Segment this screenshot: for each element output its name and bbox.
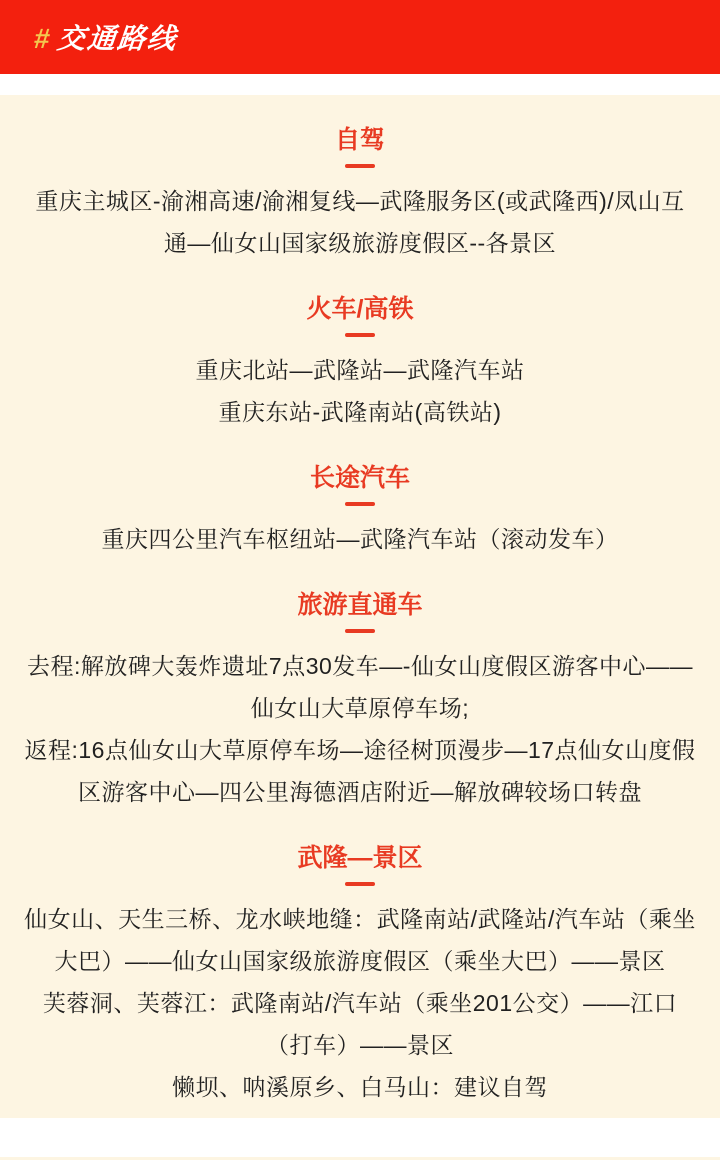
- section-title: 自驾: [24, 125, 696, 155]
- section-body: 仙女山、天生三桥、龙水峡地缝：武隆南站/武隆站/汽车站（乘坐大巴）——仙女山国家…: [24, 898, 696, 1108]
- title-underline: [345, 629, 375, 633]
- page-title: #交通路线: [32, 17, 180, 57]
- content-area: 自驾重庆主城区-渝湘高速/渝湘复线—武隆服务区(或武隆西)/凤山互通—仙女山国家…: [0, 95, 720, 1118]
- section: 武隆—景区仙女山、天生三桥、龙水峡地缝：武隆南站/武隆站/汽车站（乘坐大巴）——…: [24, 843, 696, 1108]
- title-underline: [345, 333, 375, 337]
- bottom-white-gap: [0, 1118, 720, 1157]
- section-body: 重庆主城区-渝湘高速/渝湘复线—武隆服务区(或武隆西)/凤山互通—仙女山国家级旅…: [24, 180, 696, 264]
- title-underline: [345, 882, 375, 886]
- title-underline: [345, 164, 375, 168]
- route-paragraph: 重庆四公里汽车枢纽站—武隆汽车站（滚动发车）: [24, 518, 696, 560]
- section-body: 重庆四公里汽车枢纽站—武隆汽车站（滚动发车）: [24, 518, 696, 560]
- section-title: 长途汽车: [24, 463, 696, 493]
- route-paragraph: 懒坝、呐溪原乡、白马山：建议自驾: [24, 1066, 696, 1108]
- route-paragraph: 重庆北站—武隆站—武隆汽车站: [24, 349, 696, 391]
- section-body: 去程:解放碑大轰炸遗址7点30发车—-仙女山度假区游客中心——仙女山大草原停车场…: [24, 645, 696, 813]
- page-title-text: 交通路线: [56, 23, 179, 54]
- route-paragraph: 芙蓉洞、芙蓉江：武隆南站/汽车站（乘坐201公交）——江口（打车）——景区: [24, 982, 696, 1066]
- hash-symbol: #: [32, 23, 53, 54]
- section-body: 重庆北站—武隆站—武隆汽车站重庆东站-武隆南站(高铁站): [24, 349, 696, 433]
- section: 旅游直通车去程:解放碑大轰炸遗址7点30发车—-仙女山度假区游客中心——仙女山大…: [24, 590, 696, 813]
- route-paragraph: 重庆东站-武隆南站(高铁站): [24, 391, 696, 433]
- header-content-gap: [0, 74, 720, 95]
- title-underline: [345, 502, 375, 506]
- header-bar: #交通路线: [0, 0, 720, 74]
- section-title: 旅游直通车: [24, 590, 696, 620]
- section-title: 武隆—景区: [24, 843, 696, 873]
- section-title: 火车/高铁: [24, 294, 696, 324]
- route-paragraph: 重庆主城区-渝湘高速/渝湘复线—武隆服务区(或武隆西)/凤山互通—仙女山国家级旅…: [24, 180, 696, 264]
- route-paragraph: 返程:16点仙女山大草原停车场—途径树顶漫步—17点仙女山度假区游客中心—四公里…: [24, 729, 696, 813]
- section: 长途汽车重庆四公里汽车枢纽站—武隆汽车站（滚动发车）: [24, 463, 696, 560]
- section: 火车/高铁重庆北站—武隆站—武隆汽车站重庆东站-武隆南站(高铁站): [24, 294, 696, 433]
- section: 自驾重庆主城区-渝湘高速/渝湘复线—武隆服务区(或武隆西)/凤山互通—仙女山国家…: [24, 125, 696, 264]
- route-paragraph: 仙女山、天生三桥、龙水峡地缝：武隆南站/武隆站/汽车站（乘坐大巴）——仙女山国家…: [24, 898, 696, 982]
- route-paragraph: 去程:解放碑大轰炸遗址7点30发车—-仙女山度假区游客中心——仙女山大草原停车场…: [24, 645, 696, 729]
